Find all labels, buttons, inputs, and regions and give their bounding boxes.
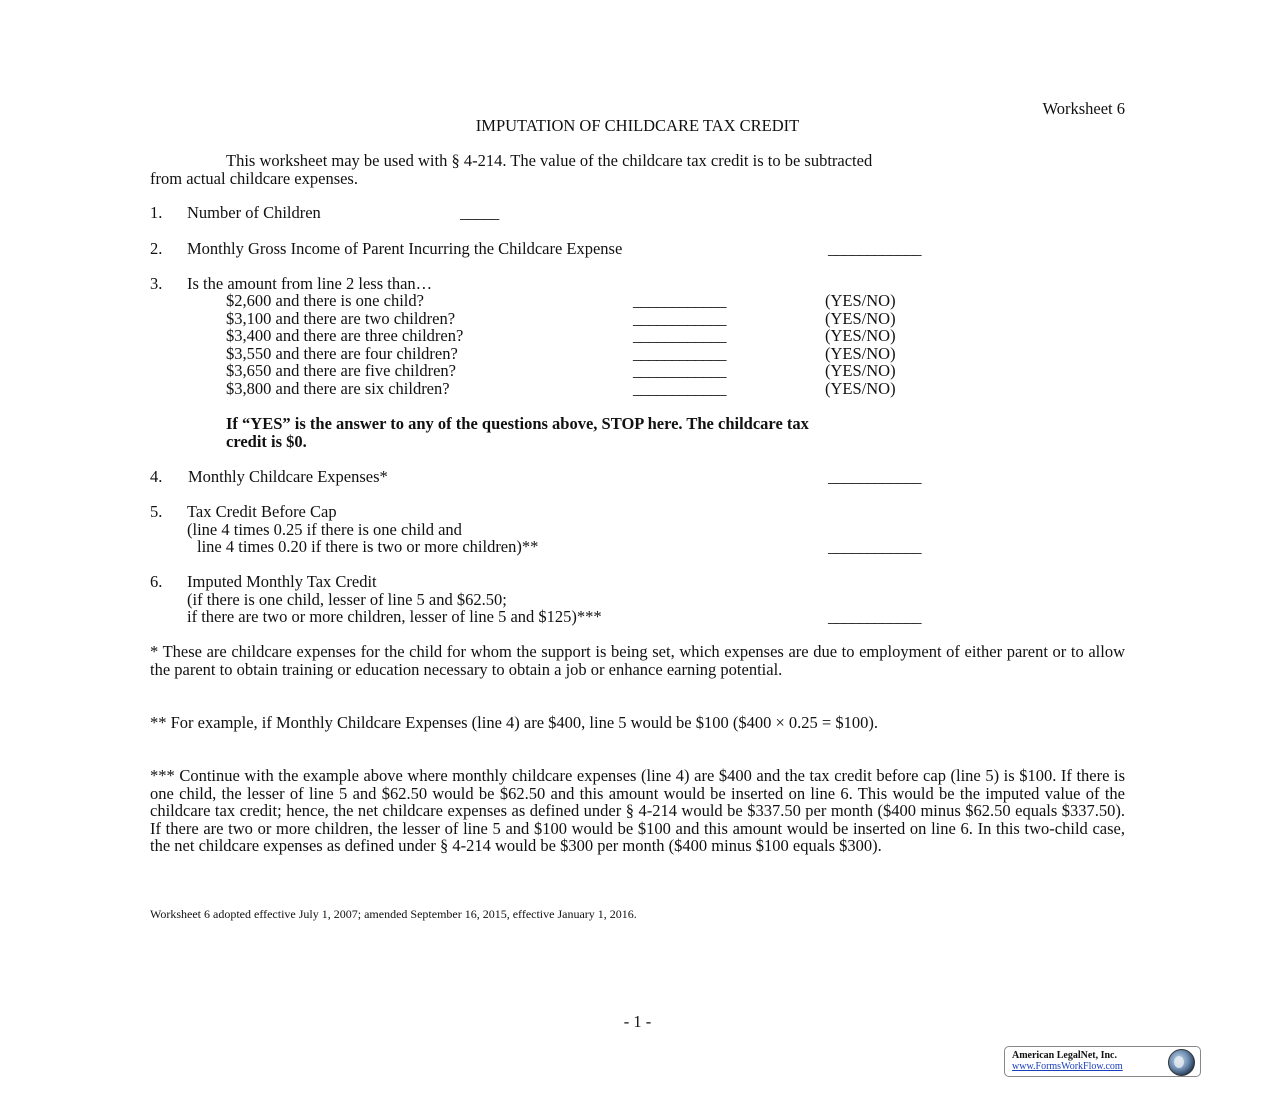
yes-no-hint: (YES/NO) — [825, 380, 896, 398]
stop-instruction-line-1: If “YES” is the answer to any of the que… — [226, 415, 809, 433]
question-text: $3,650 and there are five children? — [226, 362, 456, 380]
logo-website-link[interactable]: www.FormsWorkFlow.com — [1012, 1061, 1123, 1072]
adoption-note: Worksheet 6 adopted effective July 1, 20… — [150, 905, 637, 923]
footnote-double-asterisk: ** For example, if Monthly Childcare Exp… — [150, 714, 1125, 732]
footnote-triple-asterisk: *** Continue with the example above wher… — [150, 767, 1125, 855]
worksheet-label: Worksheet 6 — [1042, 100, 1125, 118]
question-text: $3,800 and there are six children? — [226, 380, 450, 398]
item-number: 6. — [150, 573, 162, 591]
intro-line-1: This worksheet may be used with § 4-214.… — [226, 152, 872, 170]
item-subtext: line 4 times 0.20 if there is two or mor… — [197, 538, 538, 556]
imputed-monthly-tax-credit-field[interactable]: ____________ — [828, 608, 921, 626]
question-answer-field[interactable]: ____________ — [633, 380, 726, 398]
logo-company-name: American LegalNet, Inc. — [1012, 1050, 1117, 1061]
item-number: 5. — [150, 503, 162, 521]
footnote-single-asterisk: * These are childcare expenses for the c… — [150, 643, 1125, 678]
yes-no-hint: (YES/NO) — [825, 362, 896, 380]
question-answer-field[interactable]: ____________ — [633, 327, 726, 345]
american-legalnet-logo: American LegalNet, Inc. www.FormsWorkFlo… — [1004, 1046, 1201, 1077]
question-text: $3,400 and there are three children? — [226, 327, 463, 345]
yes-no-hint: (YES/NO) — [825, 292, 896, 310]
item-number: 3. — [150, 275, 162, 293]
item-label: Tax Credit Before Cap — [187, 503, 337, 521]
item-subtext: if there are two or more children, lesse… — [187, 608, 602, 626]
item-label: Number of Children — [187, 204, 321, 222]
page-number: - 1 - — [0, 1013, 1275, 1031]
item-number: 1. — [150, 204, 162, 222]
stop-instruction-line-2: credit is $0. — [226, 433, 307, 451]
monthly-childcare-expenses-field[interactable]: ____________ — [828, 468, 921, 486]
monthly-gross-income-field[interactable]: ____________ — [828, 240, 921, 258]
item-number: 4. — [150, 468, 162, 486]
item-label: Imputed Monthly Tax Credit — [187, 573, 377, 591]
page-title: IMPUTATION OF CHILDCARE TAX CREDIT — [0, 117, 1275, 135]
tax-credit-before-cap-field[interactable]: ____________ — [828, 538, 921, 556]
item-label: Monthly Gross Income of Parent Incurring… — [187, 240, 622, 258]
item-label: Monthly Childcare Expenses* — [188, 468, 388, 486]
item-number: 2. — [150, 240, 162, 258]
intro-line-2: from actual childcare expenses. — [150, 170, 358, 188]
number-of-children-field[interactable]: _____ — [460, 204, 499, 222]
question-answer-field[interactable]: ____________ — [633, 362, 726, 380]
question-answer-field[interactable]: ____________ — [633, 292, 726, 310]
yes-no-hint: (YES/NO) — [825, 327, 896, 345]
question-text: $2,600 and there is one child? — [226, 292, 424, 310]
globe-icon — [1168, 1049, 1195, 1076]
